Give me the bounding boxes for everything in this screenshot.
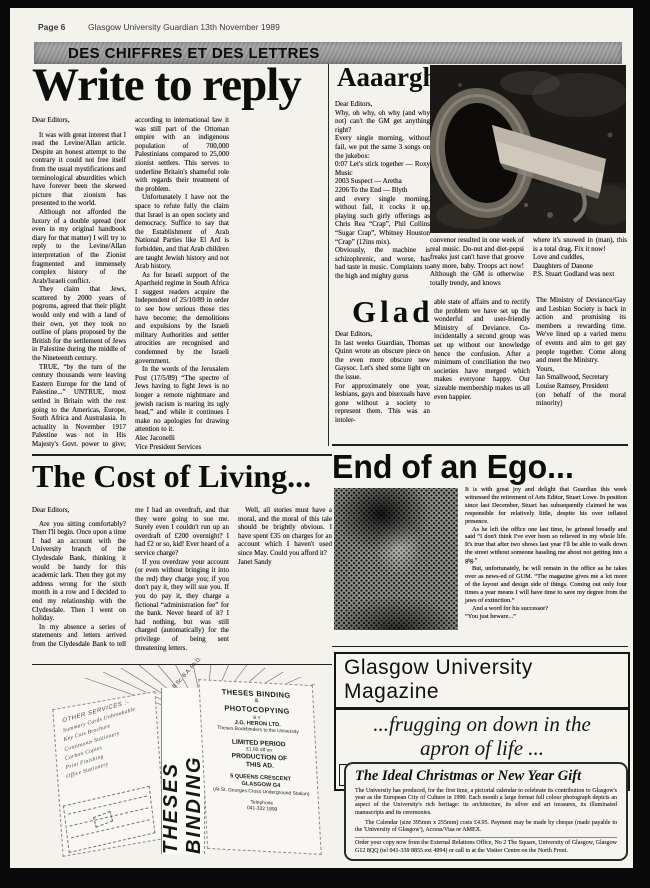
- signoff-name: Alec Jaconelli: [135, 434, 229, 443]
- rule-above-cost: [32, 454, 332, 456]
- glad-headline: Glad: [352, 296, 433, 327]
- glad-salutation: Dear Editors,: [335, 330, 430, 339]
- aaaargh-salutation: Dear Editors,: [335, 100, 430, 109]
- newspaper-page: Page 6 Glasgow University Guardian 13th …: [10, 8, 633, 868]
- gum-ad-title: Glasgow University Magazine: [336, 654, 628, 710]
- gum-ad-line2: apron of life ...: [338, 737, 626, 761]
- aaaargh-continuation: convenor resulted in one week of real mu…: [430, 236, 627, 300]
- paragraph: If you overdraw your account (or even wi…: [135, 558, 229, 653]
- paragraph: As he left the office one last time, he …: [465, 526, 627, 566]
- glad-text1: In last weeks Guardian, Thomas Quinn wro…: [335, 339, 430, 425]
- ad-left-page: OTHER SERVICES :- Summary Cards Unbreaka…: [52, 691, 165, 857]
- calendar-ad-p3: Order your copy now from the External Re…: [355, 837, 617, 855]
- masthead: Glasgow University Guardian 13th Novembe…: [88, 22, 280, 32]
- write-to-reply-body: Dear Editors, It was with great interest…: [32, 116, 332, 454]
- signoff-title: Vice President Services: [135, 443, 229, 452]
- paragraph: Are you sitting comfortably? Then I'll b…: [32, 520, 126, 623]
- paragraph: In the words of the Jerusalem Post (17/5…: [135, 365, 229, 434]
- gramophone-photo: [430, 65, 626, 233]
- paragraph: It was with great interest that I read t…: [32, 131, 126, 208]
- write-to-reply-headline: Write to reply: [32, 62, 334, 109]
- ego-body: It is with great joy and delight that Gu…: [465, 486, 627, 642]
- gum-ad-line1: ...frugging on down in the: [338, 713, 626, 737]
- aaaargh-body: Dear Editors, Why, oh why, oh why (and w…: [335, 100, 430, 316]
- cost-headline: The Cost of Living...: [32, 460, 334, 492]
- ad-spine: THESES BINDING: [161, 688, 205, 854]
- paragraph: It is with great joy and delight that Gu…: [465, 486, 627, 526]
- paragraph: They claim that Jews, scattered by 2000 …: [32, 285, 126, 362]
- paragraph: Unfortunately I have not the space to re…: [135, 193, 229, 270]
- page-number: Page 6: [38, 22, 65, 32]
- paragraph: As for Israeli support of the Apartheid …: [135, 271, 229, 366]
- aaaargh-cont2: where it's snowed in (man), this is a to…: [533, 236, 627, 279]
- glad-text2: able state of affairs and to rectify the…: [434, 298, 530, 401]
- calendar-ad: The Ideal Christmas or New Year Gift The…: [344, 762, 628, 861]
- ego-headline: End of an Ego...: [332, 450, 621, 483]
- paragraph: And a word for his successor?: [465, 605, 627, 613]
- glad-col1: Dear Editors, In last weeks Guardian, Th…: [335, 330, 430, 452]
- write-to-reply-salutation: Dear Editors,: [32, 116, 126, 125]
- cost-salutation: Dear Editors,: [32, 506, 126, 515]
- theses-binding-ad: OTHER SERVICES :- Summary Cards Unbreaka…: [55, 668, 320, 864]
- paragraph: Well, all stories must have a moral, and…: [238, 506, 332, 558]
- paragraph: But, unfortunately, he will remain in th…: [465, 565, 627, 605]
- cost-body: Dear Editors, Are you sitting comfortabl…: [32, 506, 332, 656]
- gramophone-illustration: [430, 65, 626, 233]
- glad-text3: The Ministry of Deviance/Gay and Lesbian…: [536, 296, 626, 408]
- rule-above-gum-ad: [332, 646, 628, 647]
- aaaargh-text: Why, oh why, oh why (and why not) can't …: [335, 109, 430, 281]
- calendar-ad-p1: The University has produced, for the fir…: [355, 788, 617, 818]
- column-divider: [328, 64, 329, 446]
- signoff-name: Janet Sandy: [238, 558, 332, 567]
- ad-right-page: THESES BINDING & PHOTOCOPYING BY J.G. HE…: [198, 679, 321, 855]
- rule-above-ego: [332, 444, 628, 446]
- binding-diagram: [63, 786, 156, 853]
- paragraph: “You just beware...”: [465, 613, 627, 621]
- calendar-ad-title: The Ideal Christmas or New Year Gift: [355, 768, 617, 785]
- glad-col3: The Ministry of Deviance/Gay and Lesbian…: [536, 296, 626, 454]
- calendar-ad-p2: The Calendar (size 395mm x 255mm) costs …: [355, 820, 617, 835]
- portrait-photo: [334, 488, 458, 630]
- glad-col2: able state of affairs and to rectify the…: [434, 298, 530, 452]
- paragraph: Although not afforded the luxury of a do…: [32, 208, 126, 285]
- aaaargh-cont1: convenor resulted in one week of real mu…: [430, 236, 524, 288]
